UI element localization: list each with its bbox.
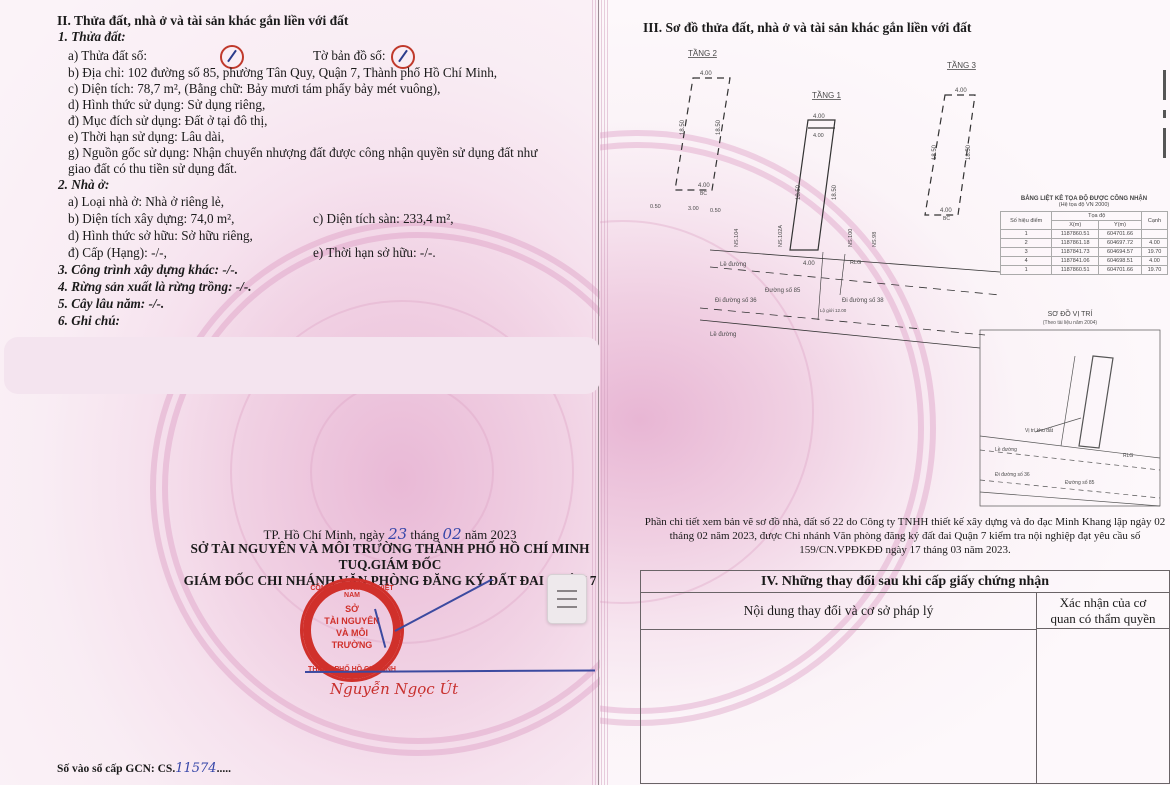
- perennial-trees: 5. Cây lâu năm: -/-.: [58, 296, 164, 312]
- floor1-length: 18.50: [796, 184, 802, 200]
- col-point: Số hiệu điểm: [1001, 212, 1052, 230]
- floor2-label: TẦNG 2: [688, 48, 717, 58]
- year-label: năm 2023: [465, 527, 517, 542]
- production-forest: 4. Rừng sản xuất là rừng trồng: -/-.: [58, 279, 252, 295]
- changes-table-title: IV. Những thay đổi sau khi cấp giấy chứn…: [641, 571, 1169, 593]
- issuing-agency: SỞ TÀI NGUYÊN VÀ MÔI TRƯỜNG THÀNH PHỐ HỒ…: [165, 541, 615, 557]
- seal-line3: VÀ MÔI TRƯỜNG: [317, 627, 387, 651]
- coordinate-row: 31187841.73604694.5719.70: [1001, 248, 1168, 257]
- loc-direction-label: Đi đường số 36: [995, 472, 1030, 478]
- floor3-length-right: 18.50: [966, 144, 972, 160]
- direction-right: Đi đường số 38: [842, 298, 884, 304]
- month-label: tháng: [410, 527, 439, 542]
- section-iii-title: III. Sơ đồ thửa đất, nhà ở và tài sản kh…: [643, 20, 971, 36]
- land-address: b) Địa chỉ: 102 đường số 85, phường Tân …: [68, 65, 497, 81]
- neighbor-100: NS.100: [848, 229, 854, 247]
- official-red-seal: CỘNG HÒA X.H.C.N VIỆT NAM SỞ TÀI NGUYÊN …: [300, 578, 404, 682]
- col-edge: Cạnh: [1141, 212, 1167, 230]
- page-edge-marks: [1163, 70, 1167, 170]
- floor2-offset-mid: 3.00: [688, 206, 699, 212]
- coordinate-table-subtitle: (Hệ tọa độ VN 2000): [1000, 202, 1168, 208]
- sidewalk-bottom: Lề đường: [710, 332, 736, 338]
- table-divider: [1036, 629, 1037, 783]
- hamburger-menu-icon: [557, 598, 577, 600]
- house-ownership-form: d) Hình thức sở hữu: Sở hữu riêng,: [68, 228, 253, 244]
- registry-value: 11574: [175, 761, 216, 776]
- confirmation-header-line2: quan có thẩm quyền: [1037, 611, 1169, 627]
- site-location-label: Vị trí khu đất: [1025, 428, 1054, 434]
- land-use-purpose: đ) Mục đích sử dụng: Đất ở tại đô thị,: [68, 113, 267, 129]
- col-coordinates: Tọa độ: [1052, 212, 1142, 221]
- floor2-offset-left: 0.50: [650, 204, 661, 210]
- floor1-bottom: 4.00: [803, 261, 815, 267]
- parcel-number-label: a) Thửa đất số:: [68, 48, 147, 63]
- floor1-width: 4.00: [813, 114, 825, 120]
- date-prefix: TP. Hồ Chí Minh, ngày: [263, 527, 384, 542]
- house-ownership-term: e) Thời hạn sở hữu: -/-.: [313, 245, 436, 261]
- floor2-bc: BC: [700, 191, 707, 197]
- other-works: 3. Công trình xây dựng khác: -/-.: [58, 262, 238, 278]
- floating-menu-button[interactable]: [547, 574, 587, 624]
- location-map: Vị trí khu đất Lề đường Đi đường số 36 Đ…: [975, 308, 1165, 508]
- loc-sidewalk-label: Lề đường: [995, 447, 1017, 453]
- loc-street-label: Đường số 85: [1065, 480, 1095, 486]
- floor1-inner-width: 4.00: [813, 133, 824, 139]
- floor3-label: TẦNG 3: [947, 60, 976, 70]
- direction-left: Đi đường số 36: [715, 298, 757, 304]
- street-name: Đường số 85: [765, 288, 801, 294]
- on-behalf-of: TUQ.GIÁM ĐỐC: [165, 557, 615, 573]
- land-heading: 1. Thửa đất:: [58, 29, 126, 45]
- land-area: c) Diện tích: 78,7 m², (Bằng chữ: Bảy mư…: [68, 81, 440, 97]
- land-use-form: d) Hình thức sử dụng: Sử dụng riêng,: [68, 97, 265, 113]
- floor3-bc: BC: [943, 216, 950, 222]
- coordinate-row: 11187860.51604701.6619.70: [1001, 266, 1168, 275]
- loc-rlg-label: RLG: [1123, 453, 1133, 459]
- road-boundary-note: Lộ giới 12.00: [820, 308, 847, 313]
- floor3-length: 18.50: [932, 144, 938, 160]
- land-use-term: e) Thời hạn sử dụng: Lâu dài,: [68, 129, 224, 145]
- floor1-label: TẦNG 1: [812, 90, 841, 100]
- section-ii-title: II. Thửa đất, nhà ở và tài sản khác gắn …: [57, 13, 348, 29]
- floor2-width: 4.00: [700, 71, 712, 77]
- floor3-bottom: 4.00: [940, 208, 952, 214]
- floor2-offset-right: 0.50: [710, 208, 721, 214]
- floor3-width: 4.00: [955, 88, 967, 94]
- floor2-length: 18.50: [680, 119, 686, 135]
- hamburger-menu-icon: [557, 606, 577, 608]
- hamburger-menu-icon: [557, 590, 577, 592]
- registry-dots: .....: [217, 763, 231, 775]
- land-origin-line2: giao đất có thu tiền sử dụng đất.: [68, 161, 237, 177]
- land-origin-line1: g) Nguồn gốc sử dụng: Nhận chuyển nhượng…: [68, 145, 537, 161]
- coordinate-row: 21187861.18604697.724.00: [1001, 239, 1168, 248]
- floor2-bottom: 4.00: [698, 183, 710, 189]
- signer-name: Nguyễn Ngọc Út: [330, 680, 458, 698]
- page-fold: [592, 0, 608, 785]
- changes-table: IV. Những thay đổi sau khi cấp giấy chứn…: [640, 570, 1170, 784]
- col-y: Y(m): [1099, 221, 1142, 230]
- changes-col-confirmation: Xác nhận của cơ quan có thẩm quyền: [1036, 593, 1169, 629]
- seal-rim-top: CỘNG HÒA X.H.C.N VIỆT NAM: [303, 585, 401, 599]
- coordinate-row: 41187841.06604698.514.00: [1001, 257, 1168, 266]
- map-sheet-label: Tờ bản đồ số:: [313, 48, 386, 63]
- house-heading: 2. Nhà ở:: [58, 177, 109, 193]
- col-x: X(m): [1052, 221, 1099, 230]
- house-grade: đ) Cấp (Hạng): -/-,: [68, 245, 167, 261]
- house-type: a) Loại nhà ở: Nhà ở riêng lẻ,: [68, 194, 224, 210]
- neighbor-104: NS.104: [734, 229, 740, 247]
- changes-col-content: Nội dung thay đổi và cơ sở pháp lý: [641, 593, 1036, 630]
- floor-plan-diagram: TẦNG 2 4.00 4.00 BC 18.50 18.50 0.50 3.0…: [640, 40, 1000, 370]
- confirmation-header-line1: Xác nhận của cơ: [1037, 595, 1169, 611]
- redacted-notes-area: [4, 337, 600, 394]
- house-floor-area: c) Diện tích sàn: 233,4 m²,: [313, 211, 454, 227]
- floor1-length-right: 18.50: [832, 184, 838, 200]
- registry-label: Số vào sổ cấp GCN: CS.: [57, 763, 175, 775]
- coordinate-table: BẢNG LIỆT KÊ TỌA ĐỘ ĐƯỢC CÔNG NHẬN (Hệ t…: [1000, 196, 1168, 275]
- neighbor-98: NS.98: [872, 232, 878, 247]
- sidewalk-top: Lề đường: [720, 262, 746, 268]
- page-fold-line: [598, 0, 599, 785]
- registry-number: Số vào sổ cấp GCN: CS.11574.....: [57, 761, 231, 777]
- floor2-length-right: 18.50: [716, 119, 722, 135]
- coordinate-row: 11187860.51604701.66: [1001, 230, 1168, 239]
- rlg-label: RLG: [850, 260, 861, 266]
- house-built-area: b) Diện tích xây dựng: 74,0 m²,: [68, 211, 234, 227]
- drawing-reference-note: Phần chi tiết xem bản vẽ sơ đồ nhà, đất …: [640, 515, 1170, 557]
- neighbor-102a: NS.102A: [778, 225, 784, 247]
- notes-heading: 6. Ghi chú:: [58, 313, 120, 329]
